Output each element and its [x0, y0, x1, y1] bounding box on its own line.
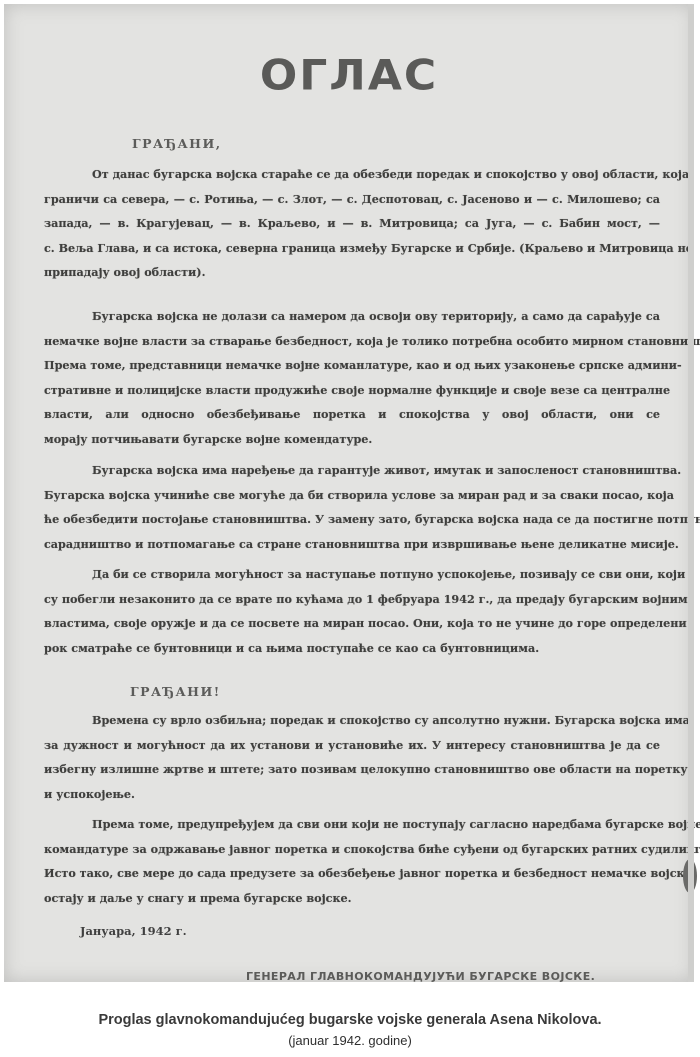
- paragraph-line: властима, своје оружје и да се посвете н…: [44, 611, 660, 636]
- paragraph-line: граничи са севера, — с. Ротиња, — с. Зло…: [44, 187, 660, 212]
- paragraph-line: су побегли незаконито да се врате по кућ…: [44, 587, 660, 612]
- paragraph-line: От данас бугарска војска стараће се да о…: [44, 162, 660, 187]
- paragraph-line: остају и даље у снагу и према бугарске в…: [44, 886, 660, 911]
- paragraph-line: Бугарска војска има наређење да гарантуј…: [44, 458, 660, 483]
- paragraph-line: Времена су врло озбиљна; поредак и споко…: [44, 708, 660, 733]
- caption-line-2: (januar 1942. godine): [0, 1033, 700, 1048]
- paragraph-line: власти, али односно обезбеђивање поретка…: [44, 402, 660, 427]
- paragraph-line: Да би се створила могућност за наступање…: [44, 562, 660, 587]
- paragraph-line: Исто тако, све мере до сада предузете за…: [44, 861, 660, 886]
- paragraph-line: с. Веља Глава, и са истока, северна гран…: [44, 236, 660, 261]
- paragraph-line: Према томе, предупређујем да сви они кој…: [44, 812, 660, 837]
- paragraph-line: запада, — в. Крагујевац, — в. Краљево, и…: [44, 211, 660, 236]
- document-title: ОГЛАС: [4, 51, 694, 99]
- ink-stain: [683, 859, 697, 893]
- paragraph-line: за дужност и могућност да их установи и …: [44, 733, 660, 758]
- paragraph-line: немачке војне власти за стварање безбедн…: [44, 329, 660, 354]
- paragraph-1: От данас бугарска војска стараће се да о…: [44, 162, 660, 285]
- paragraph-line: Бугарска војска не долази са намером да …: [44, 304, 660, 329]
- paragraph-line: стративне и полицијске власти продужиће …: [44, 378, 660, 403]
- paragraph-line: командатуре за одржавање јавног поретка …: [44, 837, 660, 862]
- paragraph-line: рок сматраће се бунтовници и са њима пос…: [44, 636, 660, 661]
- proclamation-sheet: ОГЛАС ГРАЂАНИ, От данас бугарска војска …: [4, 4, 694, 982]
- paragraph-4: Да би се створила могућност за наступање…: [44, 562, 660, 660]
- paragraph-line: сарадништво и потпомагање са стране стан…: [44, 532, 660, 557]
- paragraph-2: Бугарска војска не долази са намером да …: [44, 304, 660, 451]
- paragraph-line: ће обезбедити постојање становништва. У …: [44, 507, 660, 532]
- caption-line-1: Proglas glavnokomandujućeg bugarske vojs…: [0, 1012, 700, 1028]
- paragraph-line: Бугарска војска учиниће све могуће да би…: [44, 483, 660, 508]
- paragraph-6: Према томе, предупређујем да сви они кој…: [44, 812, 660, 910]
- document-signature: ГЕНЕРАЛ ГЛАВНОКОМАНДУЈУЋИ БУГАРСКЕ ВОЈСК…: [246, 970, 595, 983]
- greeting-heading-1: ГРАЂАНИ,: [132, 136, 222, 151]
- paragraph-line: избегну излишне жртве и штете; зато пози…: [44, 757, 660, 782]
- paragraph-line: припадају овој области).: [44, 260, 660, 285]
- paragraph-line: и успокојење.: [44, 782, 660, 807]
- greeting-heading-2: ГРАЂАНИ!: [130, 684, 221, 699]
- paragraph-3: Бугарска војска има наређење да гарантуј…: [44, 458, 660, 556]
- document-date: Јануара, 1942 г.: [80, 924, 187, 938]
- paragraph-line: Према томе, представници немачке војне к…: [44, 353, 660, 378]
- paragraph-line: морају потчињавати бугарске војне коменд…: [44, 427, 660, 452]
- paragraph-5: Времена су врло озбиљна; поредак и споко…: [44, 708, 660, 806]
